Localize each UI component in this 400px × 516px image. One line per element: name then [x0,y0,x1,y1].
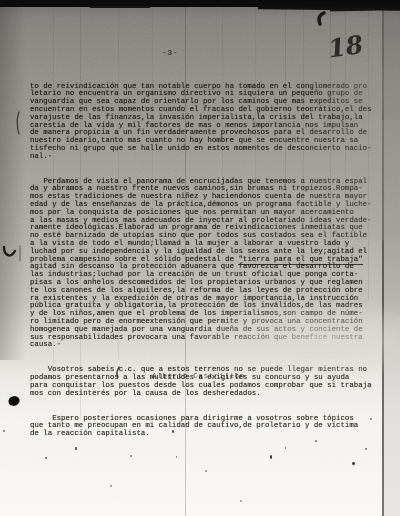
paragraph: Perdamos de vista el panorama de encruci… [30,179,386,351]
dust-speck [3,430,5,432]
dust-speck [172,430,174,433]
pen-flick-mark [319,13,324,24]
paragraph: Vosotros sabeis c.c. que a estos terreno… [30,367,386,398]
paragraph-text: agitad sin descanso la protección aduane… [30,263,363,349]
left-edge-shadow [0,0,26,360]
right-edge-shadow [384,0,400,516]
dust-speck [352,462,355,465]
dust-speck [270,455,272,459]
scan-band-fragment [90,6,150,8]
scan-band-fragment [330,8,376,12]
scanned-document-page: -3- to de reivindicación que tan notable… [0,0,400,516]
dust-speck [370,418,372,420]
dust-speck [75,447,77,450]
dust-speck [176,456,177,458]
ink-blot [7,395,20,407]
dust-speck [95,425,96,427]
typed-body-text: to de reivindicación que tan notable cue… [30,68,386,456]
paragraph: Espero posteriores ocasiones para dirigi… [30,416,386,439]
dust-speck [205,470,207,472]
dust-speck [130,455,132,457]
dust-speck [315,440,317,442]
page-number: -3- [162,50,179,58]
dust-speck [110,485,112,487]
dust-speck [240,500,242,502]
dust-speck [285,447,286,449]
dust-speck [45,457,47,459]
signature: Alberto Castrillón [152,373,245,381]
dust-speck [365,448,367,450]
paragraph-text: Perdamos de vista el panorama de encruci… [30,178,372,264]
paragraph: to de reivindicación que tan notable cue… [30,84,386,162]
